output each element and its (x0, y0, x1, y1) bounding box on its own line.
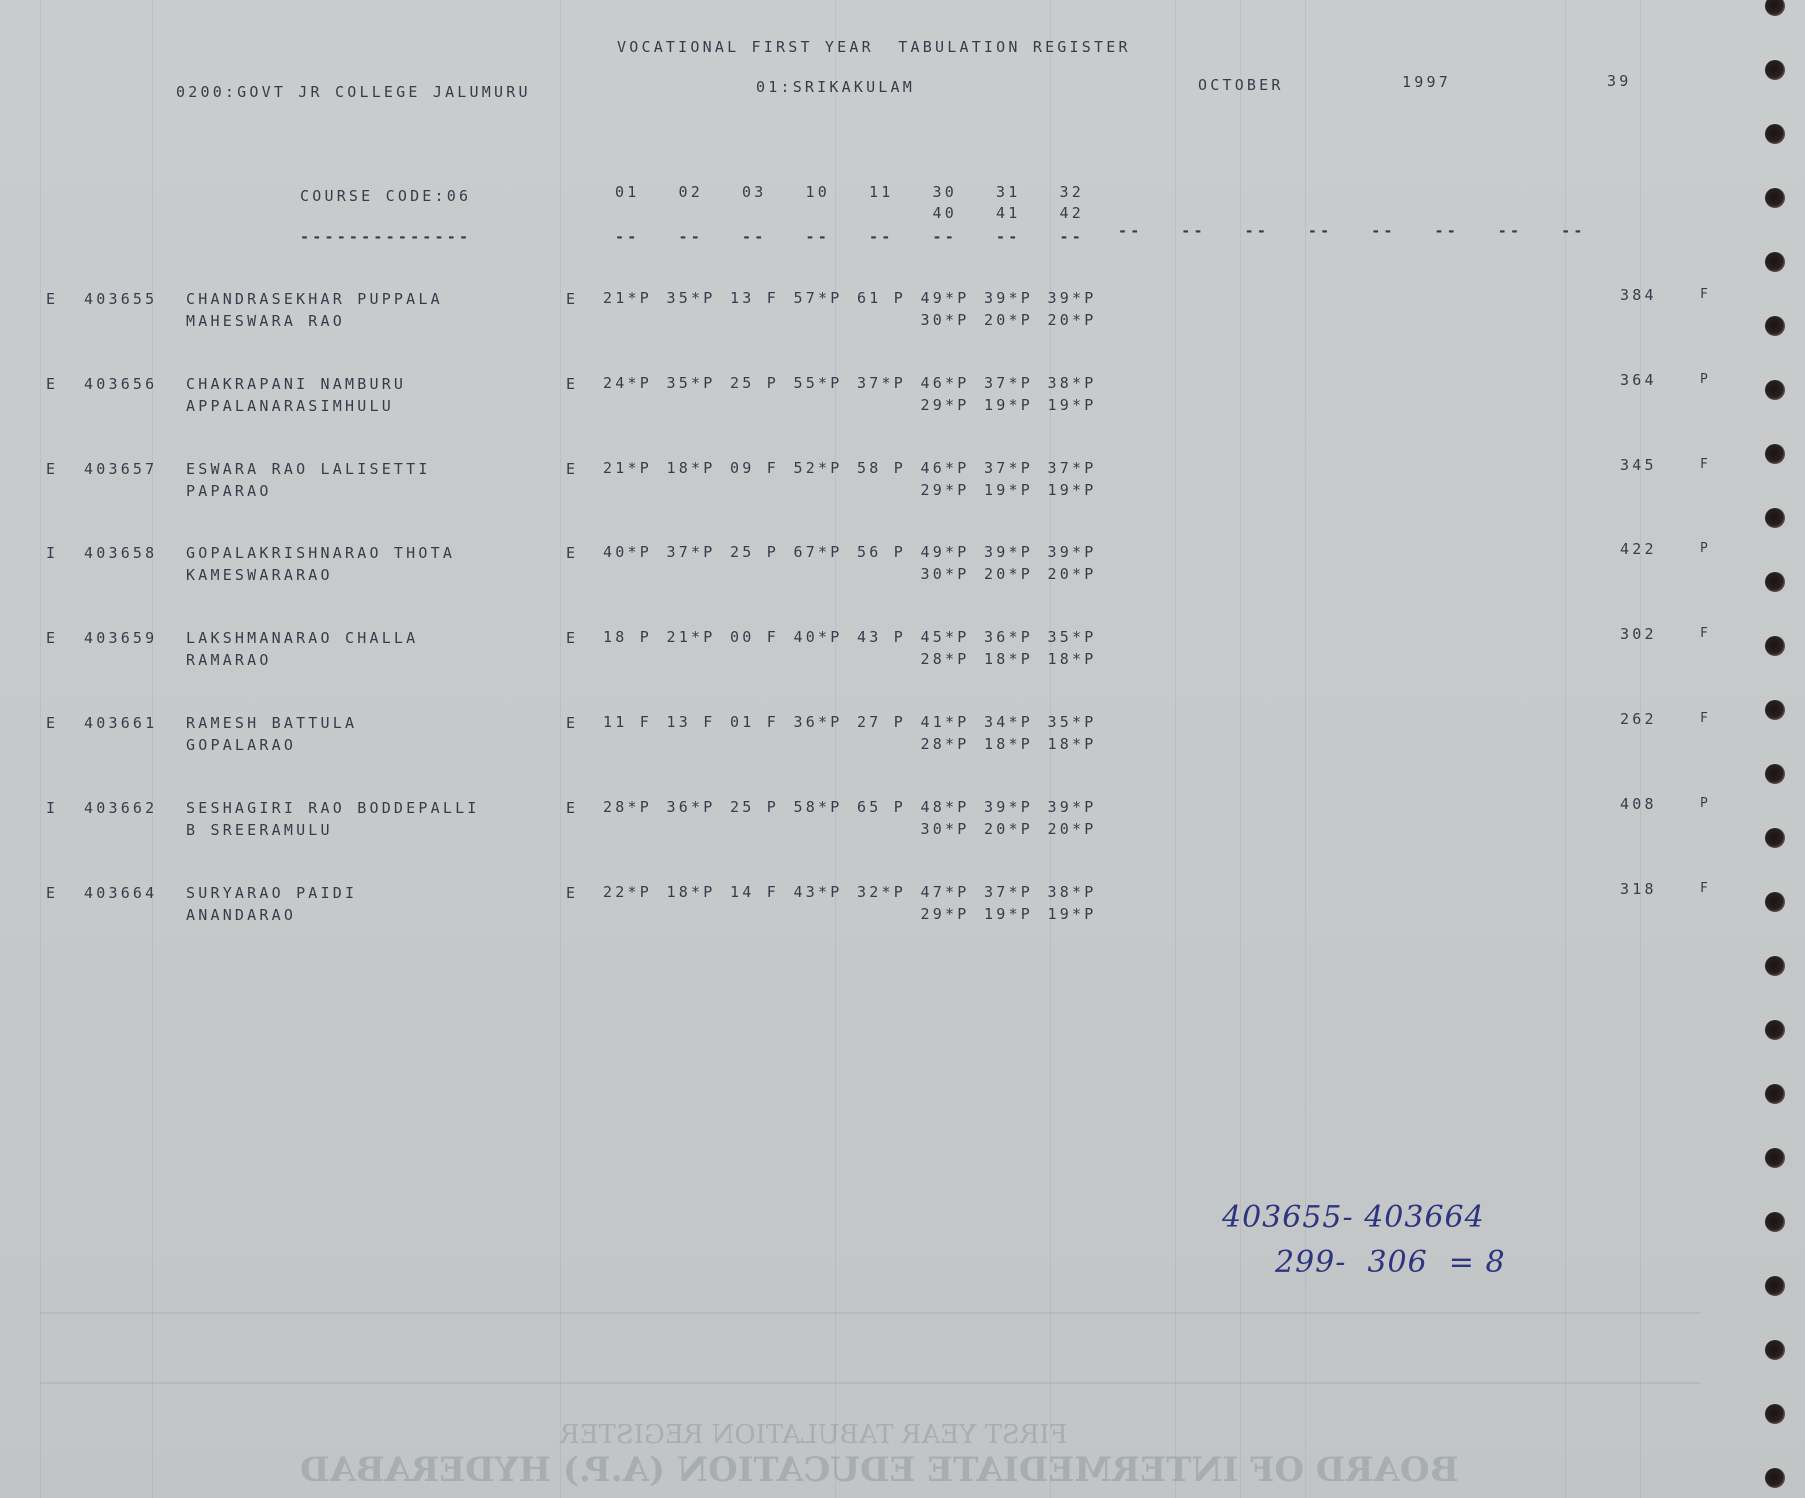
punch-hole (1765, 1148, 1785, 1168)
subject-mark: 38*P (1048, 885, 1097, 900)
practical-mark: 29*P (921, 483, 970, 498)
medium: E (566, 886, 578, 901)
practical-mark: 30*P (921, 567, 970, 582)
student-category: E (46, 377, 58, 392)
subject-mark: 67*P (794, 545, 843, 560)
subject-mark: 37*P (984, 885, 1033, 900)
subject-mark: 48*P (921, 800, 970, 815)
subject-mark: 37*P (984, 376, 1033, 391)
subject-code-secondary: 40 (933, 206, 957, 221)
subject-code: 32 (1060, 185, 1084, 200)
total-marks: 302 (1620, 627, 1657, 642)
subject-mark: 37*P (984, 461, 1033, 476)
total-marks: 422 (1620, 542, 1657, 557)
roll-number: 403656 (84, 377, 157, 392)
bleed-through-line-1: FIRST YEAR TABULATION REGISTER (560, 1420, 1068, 1450)
subject-mark: 36*P (984, 630, 1033, 645)
punch-hole (1765, 764, 1785, 784)
result-status: P (1700, 542, 1711, 555)
subject-mark: 32*P (857, 885, 906, 900)
student-category: E (46, 631, 58, 646)
subject-mark: 25 P (730, 376, 779, 391)
roll-number: 403664 (84, 886, 157, 901)
father-name: KAMESWARARAO (186, 568, 333, 583)
subject-mark: 14 F (730, 885, 779, 900)
practical-mark: 18*P (984, 652, 1033, 667)
practical-mark: 18*P (1048, 652, 1097, 667)
course-code: COURSE CODE:06 (300, 189, 471, 204)
subject-mark: 18*P (667, 461, 716, 476)
subject-mark: 40*P (603, 545, 652, 560)
column-dash: -- (1118, 224, 1142, 239)
punch-hole (1765, 316, 1785, 336)
student-name: SURYARAO PAIDI (186, 886, 357, 901)
column-dash: -- (615, 230, 639, 245)
bleed-through-line-2: BOARD OF INTERMEDIATE EDUCATION (A.P.) H… (300, 1450, 1459, 1490)
practical-mark: 30*P (921, 822, 970, 837)
father-name: ANANDARAO (186, 908, 296, 923)
medium: E (566, 546, 578, 561)
subject-mark: 34*P (984, 715, 1033, 730)
roll-number: 403657 (84, 462, 157, 477)
subject-mark: 43 P (857, 630, 906, 645)
student-name: GOPALAKRISHNARAO THOTA (186, 546, 455, 561)
father-name: B SREERAMULU (186, 823, 333, 838)
subject-mark: 21*P (667, 630, 716, 645)
page-number: 39 (1607, 74, 1631, 89)
subject-mark: 11 F (603, 715, 652, 730)
subject-mark: 39*P (984, 800, 1033, 815)
subject-mark: 36*P (667, 800, 716, 815)
subject-mark: 61 P (857, 291, 906, 306)
father-name: PAPARAO (186, 484, 272, 499)
practical-mark: 20*P (984, 567, 1033, 582)
subject-mark: 39*P (1048, 545, 1097, 560)
father-name: GOPALARAO (186, 738, 296, 753)
student-category: I (46, 801, 58, 816)
practical-mark: 19*P (1048, 483, 1097, 498)
subject-mark: 35*P (1048, 630, 1097, 645)
student-name: CHAKRAPANI NAMBURU (186, 377, 406, 392)
subject-code: 10 (806, 185, 830, 200)
student-name: SESHAGIRI RAO BODDEPALLI (186, 801, 480, 816)
subject-mark: 40*P (794, 630, 843, 645)
column-dash: -- (1561, 224, 1585, 239)
total-marks: 408 (1620, 797, 1657, 812)
subject-code: 31 (996, 185, 1020, 200)
practical-mark: 20*P (984, 822, 1033, 837)
practical-mark: 29*P (921, 398, 970, 413)
subject-mark: 35*P (1048, 715, 1097, 730)
total-marks: 384 (1620, 288, 1657, 303)
total-marks: 262 (1620, 712, 1657, 727)
student-name: CHANDRASEKHAR PUPPALA (186, 292, 443, 307)
roll-number: 403655 (84, 292, 157, 307)
subject-mark: 49*P (921, 545, 970, 560)
subject-code-secondary: 42 (1060, 206, 1084, 221)
punch-hole (1765, 508, 1785, 528)
result-status: F (1700, 458, 1711, 471)
result-status: F (1700, 288, 1711, 301)
father-name: APPALANARASIMHULU (186, 399, 394, 414)
punch-hole (1765, 444, 1785, 464)
subject-mark: 21*P (603, 291, 652, 306)
column-dash: -- (869, 230, 893, 245)
medium: E (566, 801, 578, 816)
column-dash: -- (742, 230, 766, 245)
subject-mark: 13 F (730, 291, 779, 306)
punch-hole (1765, 1020, 1785, 1040)
subject-mark: 65 P (857, 800, 906, 815)
medium: E (566, 716, 578, 731)
practical-mark: 20*P (1048, 822, 1097, 837)
subject-mark: 39*P (984, 545, 1033, 560)
subject-mark: 18*P (667, 885, 716, 900)
college-name: 0200:GOVT JR COLLEGE JALUMURU (176, 85, 531, 100)
subject-mark: 39*P (984, 291, 1033, 306)
subject-mark: 27 P (857, 715, 906, 730)
column-dash: -- (1308, 224, 1332, 239)
roll-number: 403661 (84, 716, 157, 731)
column-dash: -- (1435, 224, 1459, 239)
punch-hole (1765, 892, 1785, 912)
student-category: E (46, 716, 58, 731)
medium: E (566, 631, 578, 646)
subject-mark: 01 F (730, 715, 779, 730)
result-status: F (1700, 627, 1711, 640)
practical-mark: 19*P (1048, 907, 1097, 922)
handwritten-roll-range: 403655- 403664 (1222, 1200, 1485, 1235)
subject-mark: 49*P (921, 291, 970, 306)
student-category: E (46, 886, 58, 901)
medium: E (566, 292, 578, 307)
subject-mark: 58 P (857, 461, 906, 476)
punch-hole (1765, 1468, 1785, 1488)
student-name: ESWARA RAO LALISETTI (186, 462, 431, 477)
column-dash: -- (1245, 224, 1269, 239)
practical-mark: 19*P (1048, 398, 1097, 413)
subject-mark: 35*P (667, 291, 716, 306)
medium: E (566, 462, 578, 477)
subject-mark: 39*P (1048, 291, 1097, 306)
subject-mark: 24*P (603, 376, 652, 391)
punch-hole (1765, 636, 1785, 656)
student-category: E (46, 292, 58, 307)
subject-mark: 56 P (857, 545, 906, 560)
subject-mark: 52*P (794, 461, 843, 476)
subject-mark: 25 P (730, 545, 779, 560)
subject-mark: 45*P (921, 630, 970, 645)
subject-mark: 00 F (730, 630, 779, 645)
student-category: E (46, 462, 58, 477)
practical-mark: 20*P (1048, 567, 1097, 582)
subject-code: 02 (679, 185, 703, 200)
punch-hole (1765, 188, 1785, 208)
result-status: F (1700, 882, 1711, 895)
father-name: RAMARAO (186, 653, 272, 668)
total-marks: 318 (1620, 882, 1657, 897)
practical-mark: 30*P (921, 313, 970, 328)
roll-number: 403659 (84, 631, 157, 646)
subject-mark: 13 F (667, 715, 716, 730)
punch-hole (1765, 1212, 1785, 1232)
subject-mark: 57*P (794, 291, 843, 306)
subject-mark: 47*P (921, 885, 970, 900)
subject-mark: 37*P (857, 376, 906, 391)
punch-hole (1765, 252, 1785, 272)
subject-mark: 37*P (1048, 461, 1097, 476)
father-name: MAHESWARA RAO (186, 314, 345, 329)
district-name: 01:SRIKAKULAM (756, 80, 915, 95)
course-code-underline: -------------- (300, 230, 471, 245)
practical-mark: 20*P (1048, 313, 1097, 328)
handwritten-count: 299- 306 = 8 (1275, 1245, 1506, 1280)
student-category: I (46, 546, 58, 561)
medium: E (566, 377, 578, 392)
punch-hole (1765, 1084, 1785, 1104)
subject-mark: 43*P (794, 885, 843, 900)
practical-mark: 29*P (921, 907, 970, 922)
student-name: LAKSHMANARAO CHALLA (186, 631, 418, 646)
subject-mark: 18 P (603, 630, 652, 645)
subject-mark: 37*P (667, 545, 716, 560)
punch-hole (1765, 828, 1785, 848)
practical-mark: 28*P (921, 737, 970, 752)
punch-hole (1765, 60, 1785, 80)
punch-hole (1765, 700, 1785, 720)
subject-mark: 41*P (921, 715, 970, 730)
subject-mark: 55*P (794, 376, 843, 391)
subject-mark: 46*P (921, 461, 970, 476)
practical-mark: 19*P (984, 483, 1033, 498)
punch-hole (1765, 0, 1785, 16)
subject-mark: 58*P (794, 800, 843, 815)
exam-month: OCTOBER (1198, 78, 1284, 93)
subject-mark: 22*P (603, 885, 652, 900)
register-title: VOCATIONAL FIRST YEAR TABULATION REGISTE… (617, 40, 1131, 55)
result-status: P (1700, 373, 1711, 386)
practical-mark: 19*P (984, 398, 1033, 413)
column-dash: -- (933, 230, 957, 245)
practical-mark: 18*P (1048, 737, 1097, 752)
student-name: RAMESH BATTULA (186, 716, 357, 731)
subject-code: 03 (742, 185, 766, 200)
column-dash: -- (1060, 230, 1084, 245)
subject-mark: 21*P (603, 461, 652, 476)
roll-number: 403662 (84, 801, 157, 816)
column-dash: -- (806, 230, 830, 245)
practical-mark: 18*P (984, 737, 1033, 752)
subject-mark: 38*P (1048, 376, 1097, 391)
subject-mark: 09 F (730, 461, 779, 476)
subject-mark: 25 P (730, 800, 779, 815)
exam-year: 1997 (1402, 75, 1451, 90)
column-dash: -- (1181, 224, 1205, 239)
practical-mark: 19*P (984, 907, 1033, 922)
punch-hole (1765, 1340, 1785, 1360)
punch-hole (1765, 380, 1785, 400)
result-status: F (1700, 712, 1711, 725)
result-status: P (1700, 797, 1711, 810)
punch-hole (1765, 1276, 1785, 1296)
subject-mark: 39*P (1048, 800, 1097, 815)
column-dash: -- (1498, 224, 1522, 239)
column-dash: -- (1371, 224, 1395, 239)
subject-mark: 35*P (667, 376, 716, 391)
roll-number: 403658 (84, 546, 157, 561)
column-dash: -- (679, 230, 703, 245)
subject-mark: 36*P (794, 715, 843, 730)
punch-hole (1765, 1404, 1785, 1424)
total-marks: 345 (1620, 458, 1657, 473)
subject-code: 11 (869, 185, 893, 200)
subject-mark: 28*P (603, 800, 652, 815)
subject-code: 30 (933, 185, 957, 200)
punch-hole (1765, 124, 1785, 144)
practical-mark: 20*P (984, 313, 1033, 328)
subject-mark: 46*P (921, 376, 970, 391)
practical-mark: 28*P (921, 652, 970, 667)
punch-hole (1765, 572, 1785, 592)
punch-hole (1765, 956, 1785, 976)
subject-code-secondary: 41 (996, 206, 1020, 221)
total-marks: 364 (1620, 373, 1657, 388)
subject-code: 01 (615, 185, 639, 200)
column-dash: -- (996, 230, 1020, 245)
